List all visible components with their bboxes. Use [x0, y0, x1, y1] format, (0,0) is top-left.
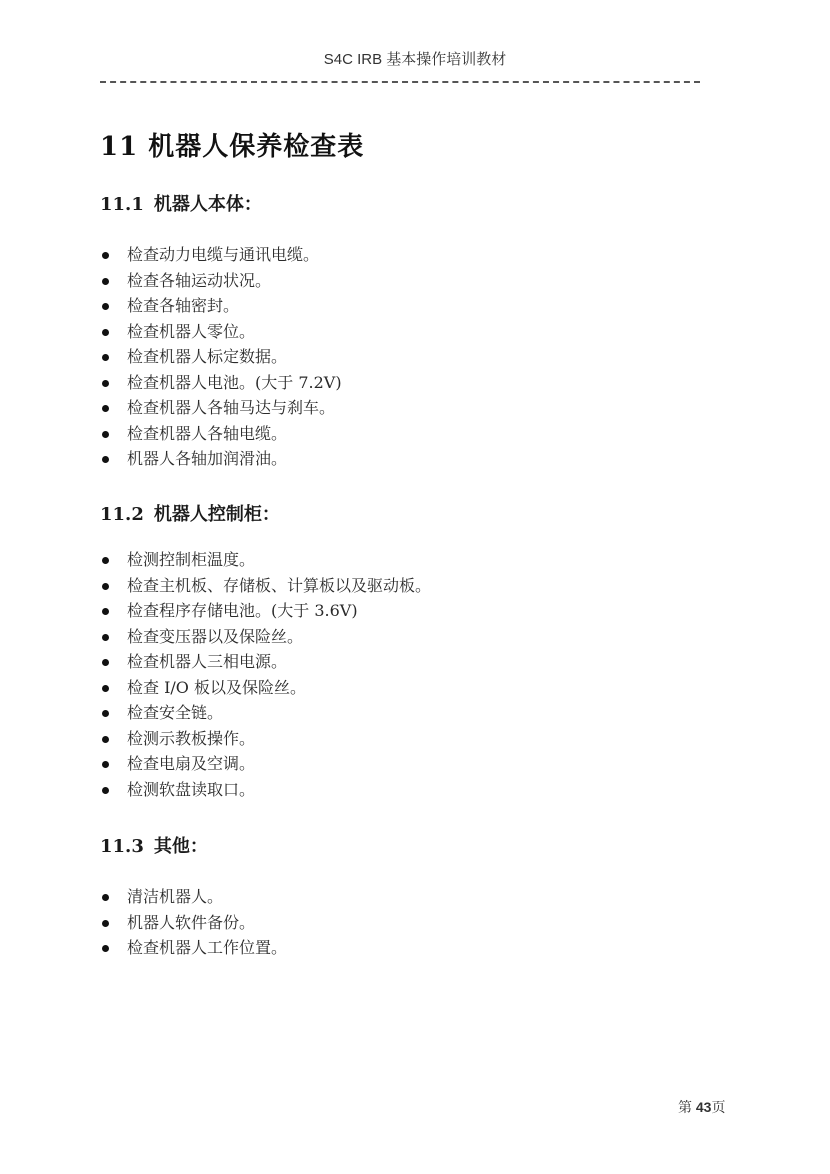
bullet-icon: [102, 634, 109, 641]
bullet-icon: [102, 710, 109, 717]
list-item: 检查各轴密封。: [100, 293, 342, 319]
bullet-icon: [102, 659, 109, 666]
bullet-icon: [102, 431, 109, 438]
list-item: 检查机器人三相电源。: [100, 649, 431, 675]
bullet-icon: [102, 608, 109, 615]
bullet-icon: [102, 945, 109, 952]
bullet-icon: [102, 583, 109, 590]
bullet-icon: [102, 894, 109, 901]
bullet-icon: [102, 761, 109, 768]
list-item: 检测示教板操作。: [100, 726, 431, 752]
section-title: 机器人本体：: [154, 194, 262, 215]
bullet-icon: [102, 405, 109, 412]
chapter-title: 11 机器人保养检查表: [100, 126, 364, 163]
checklist-robot-body: 检查动力电缆与通讯电缆。 检查各轴运动状况。 检查各轴密封。 检查机器人零位。 …: [100, 242, 342, 472]
section-heading-11-3: 11.3其他：: [100, 832, 208, 858]
list-item: 检查机器人标定数据。: [100, 344, 342, 370]
list-item: 检查动力电缆与通讯电缆。: [100, 242, 342, 268]
header-divider: [100, 81, 700, 83]
list-item: 检测软盘读取口。: [100, 777, 431, 803]
list-item: 检查机器人工作位置。: [100, 935, 287, 961]
bullet-icon: [102, 787, 109, 794]
section-heading-11-2: 11.2机器人控制柜：: [100, 500, 280, 526]
bullet-icon: [102, 278, 109, 285]
section-title: 其他：: [154, 836, 208, 857]
bullet-icon: [102, 736, 109, 743]
list-item: 检查机器人电池。(大于 7.2V): [100, 370, 342, 396]
bullet-icon: [102, 920, 109, 927]
section-title: 机器人控制柜：: [154, 504, 280, 525]
list-item: 机器人各轴加润滑油。: [100, 446, 342, 472]
list-item: 检查各轴运动状况。: [100, 268, 342, 294]
list-item: 检测控制柜温度。: [100, 547, 431, 573]
section-number: 11.2: [100, 504, 144, 525]
list-item: 检查主机板、存储板、计算板以及驱动板。: [100, 573, 431, 599]
bullet-icon: [102, 685, 109, 692]
bullet-icon: [102, 380, 109, 387]
list-item: 检查程序存储电池。(大于 3.6V): [100, 598, 431, 624]
bullet-icon: [102, 329, 109, 336]
checklist-other: 清洁机器人。 机器人软件备份。 检查机器人工作位置。: [100, 884, 287, 961]
list-item: 检查 I/O 板以及保险丝。: [100, 675, 431, 701]
document-header-title: S4C IRB 基本操作培训教材: [0, 48, 830, 69]
bullet-icon: [102, 354, 109, 361]
list-item: 检查安全链。: [100, 700, 431, 726]
section-heading-11-1: 11.1机器人本体：: [100, 190, 262, 216]
list-item: 检查机器人各轴马达与刹车。: [100, 395, 342, 421]
bullet-icon: [102, 557, 109, 564]
list-item: 检查电扇及空调。: [100, 751, 431, 777]
page-number: 第 43页: [678, 1097, 725, 1117]
checklist-control-cabinet: 检测控制柜温度。 检查主机板、存储板、计算板以及驱动板。 检查程序存储电池。(大…: [100, 547, 431, 802]
section-number: 11.3: [100, 836, 144, 857]
bullet-icon: [102, 252, 109, 259]
list-item: 检查变压器以及保险丝。: [100, 624, 431, 650]
section-number: 11.1: [100, 194, 144, 215]
list-item: 检查机器人零位。: [100, 319, 342, 345]
list-item: 检查机器人各轴电缆。: [100, 421, 342, 447]
list-item: 机器人软件备份。: [100, 910, 287, 936]
list-item: 清洁机器人。: [100, 884, 287, 910]
bullet-icon: [102, 303, 109, 310]
bullet-icon: [102, 456, 109, 463]
